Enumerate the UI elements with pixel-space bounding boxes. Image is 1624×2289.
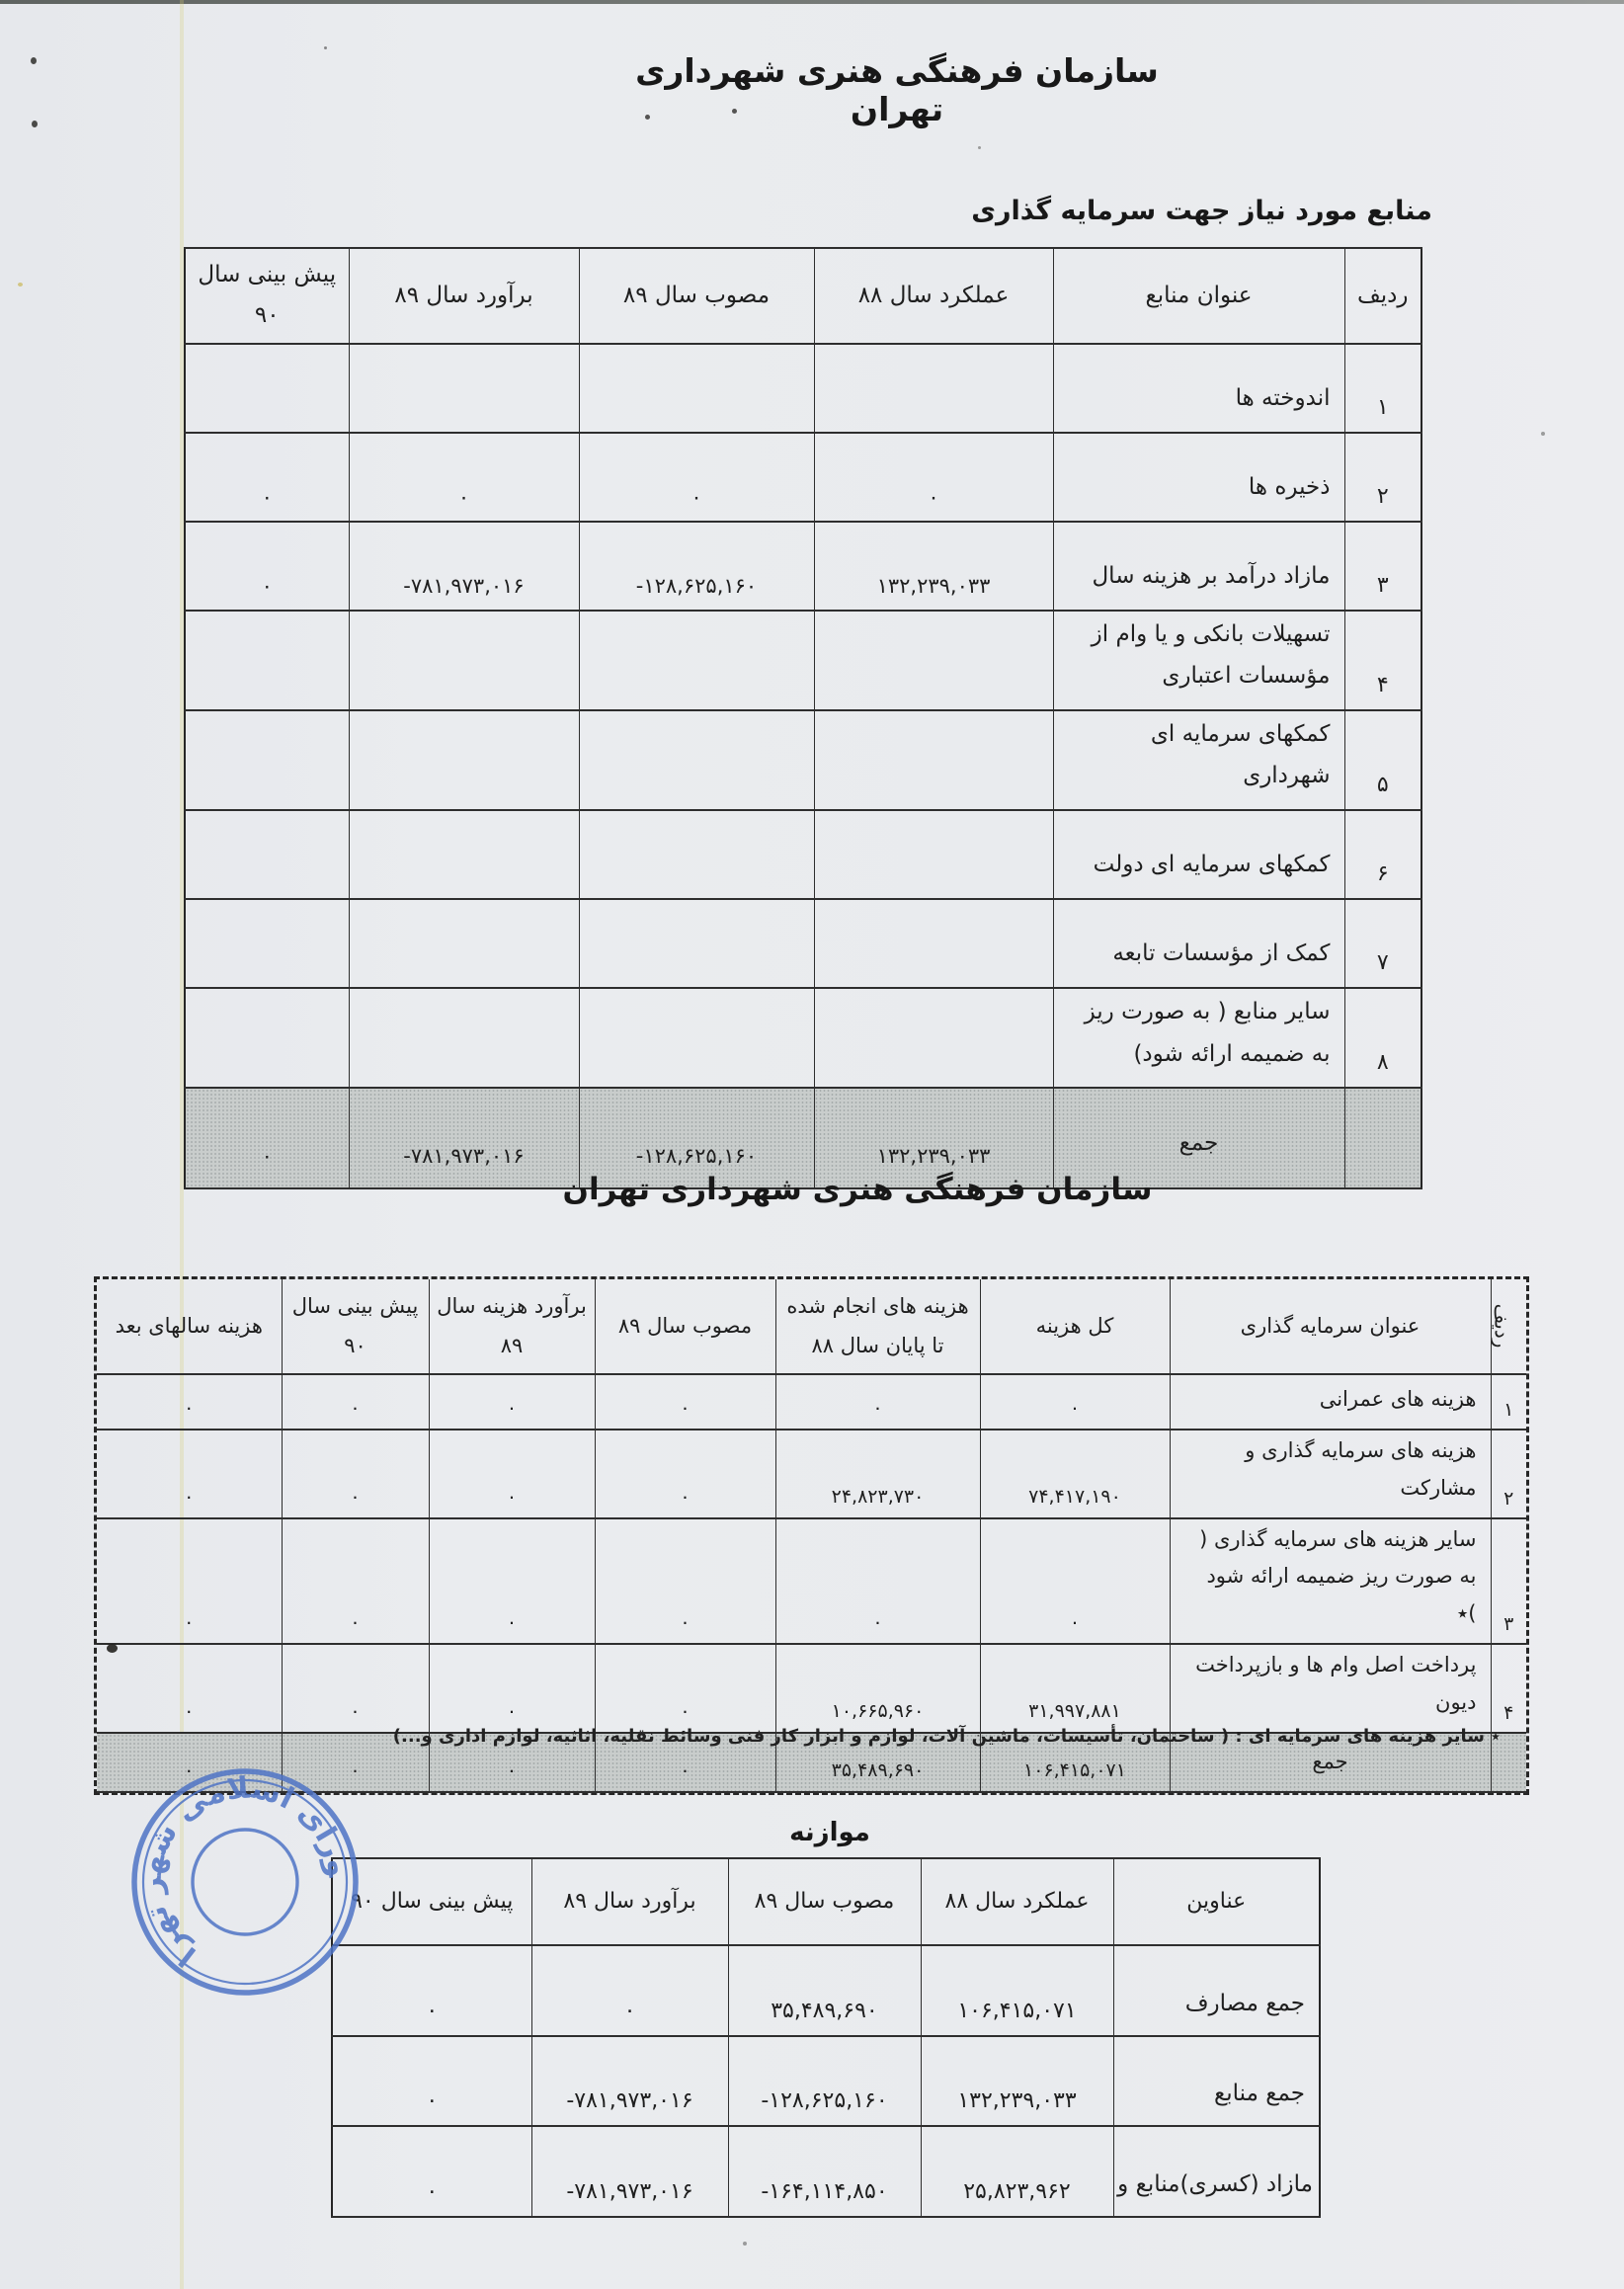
value-cell: ۱۳۲,۲۳۹,۰۳۳ — [814, 522, 1053, 611]
table-row: جمع مصارف ۱۰۶,۴۱۵,۰۷۱ ۳۵,۴۸۹,۶۹۰ ۰ ۰ — [332, 1945, 1320, 2036]
value-cell: ۰ — [97, 1430, 282, 1518]
label-cell: تسهیلات بانکی و یا وام از مؤسسات اعتباری — [1053, 611, 1344, 710]
header-cell: مصوب سال ۸۹ — [728, 1858, 921, 1945]
total-value-cell: -۷۸۱,۹۷۳,۰۱۶ — [349, 1088, 579, 1188]
value-cell: ۰ — [814, 433, 1053, 522]
label-cell: سایر منابع ( به صورت ریز به ضمیمه ارائه … — [1053, 988, 1344, 1088]
value-cell: -۷۸۱,۹۷۳,۰۱۶ — [531, 2036, 728, 2126]
label-cell: هزینه های عمرانی — [1170, 1374, 1491, 1430]
table-row: ۲ هزینه های سرمایه گذاری و مشارکت ۷۴,۴۱۷… — [97, 1430, 1526, 1518]
table-row: ۳ سایر هزینه های سرمایه گذاری ( به صورت … — [97, 1518, 1526, 1644]
value-cell: ۲۵,۸۲۳,۹۶۲ — [921, 2126, 1113, 2217]
label-cell: کمکهای سرمایه ای دولت — [1053, 810, 1344, 899]
value-cell: ۰ — [980, 1374, 1170, 1430]
header-cell: برآورد سال ۸۹ — [349, 248, 579, 344]
row-number-cell: ۲ — [1491, 1430, 1526, 1518]
ink-speck — [18, 283, 23, 286]
value-cell: ۰ — [579, 433, 814, 522]
value-cell: ۰ — [97, 1374, 282, 1430]
row-number-cell: ۶ — [1344, 810, 1421, 899]
rotated-header-label: ردیف — [1491, 1303, 1521, 1348]
value-cell: ۰ — [97, 1644, 282, 1733]
value-cell — [349, 988, 579, 1088]
label-cell: اندوخته ها — [1053, 344, 1344, 433]
label-cell: هزینه های سرمایه گذاری و مشارکت — [1170, 1430, 1491, 1518]
value-cell — [349, 344, 579, 433]
table-row: ۴ تسهیلات بانکی و یا وام از مؤسسات اعتبا… — [185, 611, 1421, 710]
value-cell — [349, 710, 579, 810]
ink-speck — [32, 121, 38, 127]
value-cell — [349, 611, 579, 710]
scan-edge-artifact — [0, 0, 1624, 4]
row-number-cell: ۱ — [1344, 344, 1421, 433]
table-row: ۱ اندوخته ها — [185, 344, 1421, 433]
value-cell — [185, 810, 349, 899]
label-cell: ذخیره ها — [1053, 433, 1344, 522]
page-title: سازمان فرهنگی هنری شهرداری تهران — [601, 51, 1193, 128]
svg-text:شورای اسلامی شهر تهران: شورای اسلامی شهر تهران — [117, 1754, 366, 1994]
value-cell: ۰ — [282, 1430, 429, 1518]
table-row: ۳ مازاد درآمد بر هزینه سال ۱۳۲,۲۳۹,۰۳۳ -… — [185, 522, 1421, 611]
ink-speck — [1541, 432, 1545, 436]
value-cell — [579, 988, 814, 1088]
value-cell: ۰ — [595, 1644, 775, 1733]
value-cell — [185, 710, 349, 810]
investment-sources-table: ردیف عنوان منابع عملکرد سال ۸۸ مصوب سال … — [184, 247, 1422, 1189]
value-cell — [579, 710, 814, 810]
value-cell: ۰ — [97, 1518, 282, 1644]
stamp-text: شورای اسلامی شهر تهران — [117, 1754, 366, 1994]
value-cell: ۰ — [349, 433, 579, 522]
table-row: ۲ ذخیره ها ۰ ۰ ۰ ۰ — [185, 433, 1421, 522]
value-cell — [579, 810, 814, 899]
value-cell: ۳۵,۴۸۹,۶۹۰ — [728, 1945, 921, 2036]
row-number-cell: ۵ — [1344, 710, 1421, 810]
value-cell — [814, 611, 1053, 710]
header-cell: پیش بینی سال ۹۰ — [282, 1279, 429, 1374]
label-cell: کمک از مؤسسات تابعه — [1053, 899, 1344, 988]
label-cell: جمع مصارف — [1113, 1945, 1320, 2036]
value-cell: ۰ — [429, 1518, 595, 1644]
row-number-cell: ۴ — [1344, 611, 1421, 710]
value-cell: ۱۳۲,۲۳۹,۰۳۳ — [921, 2036, 1113, 2126]
stamp-inner-ring — [174, 1811, 315, 1952]
table-header-row: عناوین عملکرد سال ۸۸ مصوب سال ۸۹ برآورد … — [332, 1858, 1320, 1945]
value-cell: ۰ — [595, 1518, 775, 1644]
balance-table: عناوین عملکرد سال ۸۸ مصوب سال ۸۹ برآورد … — [331, 1857, 1321, 2218]
header-cell: ردیف — [1344, 248, 1421, 344]
table-row: مازاد (کسری)منابع و مصارف ۲۵,۸۲۳,۹۶۲ -۱۶… — [332, 2126, 1320, 2217]
value-cell: ۱۰,۶۶۵,۹۶۰ — [775, 1644, 980, 1733]
scanned-budget-document: سازمان فرهنگی هنری شهرداری تهران منابع م… — [0, 0, 1624, 2289]
value-cell: ۰ — [185, 522, 349, 611]
header-cell: عملکرد سال ۸۸ — [814, 248, 1053, 344]
row-number-cell: ۲ — [1344, 433, 1421, 522]
value-cell — [185, 988, 349, 1088]
value-cell: ۰ — [429, 1430, 595, 1518]
header-cell: عنوان سرمایه گذاری — [1170, 1279, 1491, 1374]
value-cell — [579, 611, 814, 710]
value-cell: ۲۴,۸۲۳,۷۳۰ — [775, 1430, 980, 1518]
row-number-cell: ۱ — [1491, 1374, 1526, 1430]
balance-section-title: موازنه — [682, 1818, 978, 1847]
table-header-row: ردیف عنوان سرمایه گذاری کل هزینه هزینه ه… — [97, 1279, 1526, 1374]
label-cell: سایر هزینه های سرمایه گذاری ( به صورت ری… — [1170, 1518, 1491, 1644]
value-cell — [814, 710, 1053, 810]
value-cell: ۰ — [531, 1945, 728, 2036]
value-cell — [579, 344, 814, 433]
value-cell — [814, 988, 1053, 1088]
value-cell: ۰ — [429, 1374, 595, 1430]
value-cell: ۰ — [429, 1644, 595, 1733]
header-cell: پیش بینی سال ۹۰ — [185, 248, 349, 344]
table-header-row: ردیف عنوان منابع عملکرد سال ۸۸ مصوب سال … — [185, 248, 1421, 344]
value-cell: ۰ — [775, 1518, 980, 1644]
ink-speck — [31, 57, 37, 64]
value-cell — [814, 899, 1053, 988]
value-cell: ۰ — [282, 1644, 429, 1733]
council-stamp: شورای اسلامی شهر تهران — [117, 1754, 373, 2010]
label-cell: پرداخت اصل وام ها و بازپرداخت دیون — [1170, 1644, 1491, 1733]
value-cell: ۰ — [332, 2126, 531, 2217]
table-row: ۷ کمک از مؤسسات تابعه — [185, 899, 1421, 988]
header-cell: کل هزینه — [980, 1279, 1170, 1374]
header-cell: مصوب سال ۸۹ — [595, 1279, 775, 1374]
value-cell: ۳۱,۹۹۷,۸۸۱ — [980, 1644, 1170, 1733]
value-cell: ۰ — [185, 433, 349, 522]
value-cell — [814, 810, 1053, 899]
value-cell — [185, 899, 349, 988]
header-cell: برآورد سال ۸۹ — [531, 1858, 728, 1945]
header-cell: عناوین — [1113, 1858, 1320, 1945]
header-cell: برآورد هزینه سال ۸۹ — [429, 1279, 595, 1374]
value-cell — [185, 611, 349, 710]
value-cell — [349, 810, 579, 899]
row-number-cell: ۳ — [1344, 522, 1421, 611]
investment-costs-dashed-box: ردیف عنوان سرمایه گذاری کل هزینه هزینه ه… — [94, 1276, 1529, 1795]
label-cell: کمکهای سرمایه ای شهرداری — [1053, 710, 1344, 810]
page-title-middle: سازمان فرهنگی هنری شهرداری تهران — [561, 1172, 1154, 1207]
table-row: ۶ کمکهای سرمایه ای دولت — [185, 810, 1421, 899]
value-cell: ۷۴,۴۱۷,۱۹۰ — [980, 1430, 1170, 1518]
table-row: ۴ پرداخت اصل وام ها و بازپرداخت دیون ۳۱,… — [97, 1644, 1526, 1733]
value-cell: ۰ — [332, 2036, 531, 2126]
value-cell: ۰ — [595, 1430, 775, 1518]
section-title-investment-sources: منابع مورد نیاز جهت سرمایه گذاری — [971, 196, 1432, 226]
value-cell: ۰ — [595, 1374, 775, 1430]
row-number-cell: ۸ — [1344, 988, 1421, 1088]
header-cell: عنوان منابع — [1053, 248, 1344, 344]
value-cell: -۷۸۱,۹۷۳,۰۱۶ — [349, 522, 579, 611]
table-row: جمع منابع ۱۳۲,۲۳۹,۰۳۳ -۱۲۸,۶۲۵,۱۶۰ -۷۸۱,… — [332, 2036, 1320, 2126]
table-row: ۵ کمکهای سرمایه ای شهرداری — [185, 710, 1421, 810]
value-cell: ۰ — [282, 1518, 429, 1644]
ink-speck — [978, 146, 981, 149]
value-cell: ۰ — [775, 1374, 980, 1430]
table-row: ۸ سایر منابع ( به صورت ریز به ضمیمه ارائ… — [185, 988, 1421, 1088]
value-cell — [349, 899, 579, 988]
ink-speck — [743, 2242, 747, 2246]
row-number-cell: ۷ — [1344, 899, 1421, 988]
label-cell: جمع منابع — [1113, 2036, 1320, 2126]
ink-blob — [107, 1644, 118, 1653]
value-cell: -۱۲۸,۶۲۵,۱۶۰ — [579, 522, 814, 611]
header-cell: مصوب سال ۸۹ — [579, 248, 814, 344]
value-cell: ۰ — [980, 1518, 1170, 1644]
header-cell: عملکرد سال ۸۸ — [921, 1858, 1113, 1945]
ink-speck — [324, 46, 327, 49]
header-cell: هزینه سالهای بعد — [97, 1279, 282, 1374]
capital-costs-footnote: ٭ سایر هزینه های سرمایه ای : ( ساختمان، … — [122, 1726, 1501, 1747]
header-cell: هزینه های انجام شده تا پایان سال ۸۸ — [775, 1279, 980, 1374]
table-row: ۱ هزینه های عمرانی ۰ ۰ ۰ ۰ ۰ ۰ — [97, 1374, 1526, 1430]
value-cell: ۱۰۶,۴۱۵,۰۷۱ — [921, 1945, 1113, 2036]
label-cell: مازاد (کسری)منابع و مصارف — [1113, 2126, 1320, 2217]
value-cell — [185, 344, 349, 433]
total-value-cell: ۰ — [185, 1088, 349, 1188]
value-cell — [814, 344, 1053, 433]
label-cell: مازاد درآمد بر هزینه سال — [1053, 522, 1344, 611]
value-cell: -۱۶۴,۱۱۴,۸۵۰ — [728, 2126, 921, 2217]
row-number-cell: ۴ — [1491, 1644, 1526, 1733]
value-cell: -۱۲۸,۶۲۵,۱۶۰ — [728, 2036, 921, 2126]
value-cell: -۷۸۱,۹۷۳,۰۱۶ — [531, 2126, 728, 2217]
value-cell — [579, 899, 814, 988]
row-number-cell: ۳ — [1491, 1518, 1526, 1644]
row-number-cell — [1344, 1088, 1421, 1188]
value-cell: ۰ — [282, 1374, 429, 1430]
header-cell: ردیف — [1491, 1279, 1526, 1374]
